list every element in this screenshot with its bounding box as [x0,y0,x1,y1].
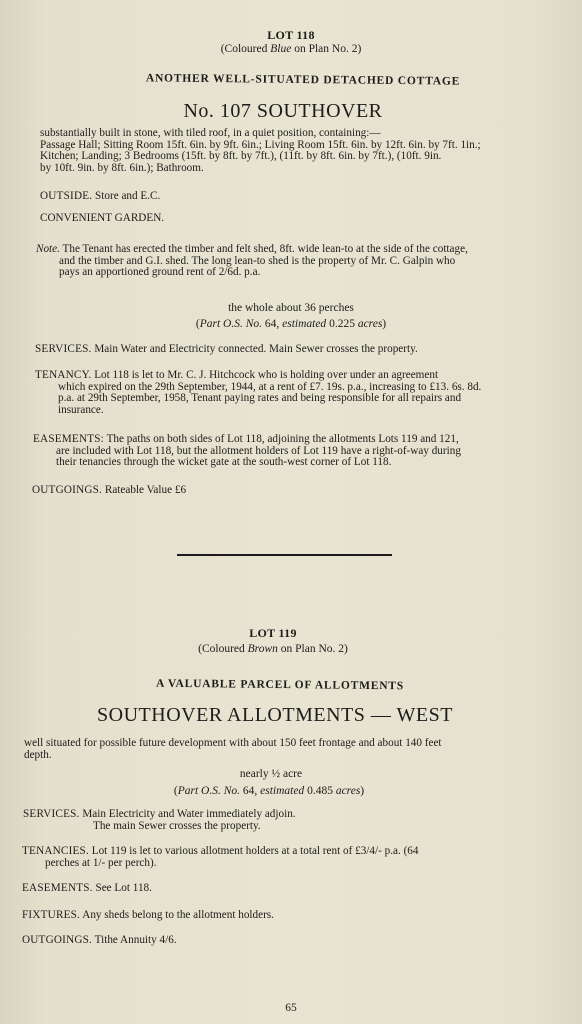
lot-118-outgoings: OUTGOINGS. Rateable Value £6 [32,485,186,497]
lot-119-os-reference: (Part O.S. No. 64, estimated 0.485 acres… [0,785,560,797]
lot-119-plan-colour: (Coloured Brown on Plan No. 2) [0,643,564,655]
lot-118-kicker: ANOTHER WELL-SITUATED DETACHED COTTAGE [12,71,582,89]
lot-119-fixtures: FIXTURES. Any sheds belong to the allotm… [22,910,274,922]
lot-119-services: SERVICES. Main Electricity and Water imm… [23,809,296,832]
lot-118-outside: OUTSIDE. Store and E.C. [40,191,160,203]
colour-name: Brown [248,643,278,655]
lot-118-description: substantially built in stone, with tiled… [40,128,481,174]
lot-119-tenancies: TENANCIES. Lot 119 is let to various all… [22,846,419,869]
colour-name: Blue [270,43,291,55]
lot-119-title: SOUTHOVER ALLOTMENTS — WEST [0,704,566,727]
lot-118-area: the whole about 36 perches [0,302,582,314]
lot-118-plan-colour: (Coloured Blue on Plan No. 2) [0,43,582,55]
lot-118-easements: EASEMENTS: The paths on both sides of Lo… [33,434,461,469]
lot-118-services: SERVICES. Main Water and Electricity con… [35,344,418,356]
lot-119-heading: LOT 119 [0,626,564,641]
lot-119-easements: EASEMENTS. See Lot 118. [22,883,152,895]
page-number: 65 [0,1002,582,1014]
lot-119-outgoings: OUTGOINGS. Tithe Annuity 4/6. [22,935,177,947]
lot-118-note: Note. The Tenant has erected the timber … [36,244,468,279]
lot-118-tenancy: TENANCY. Lot 118 is let to Mr. C. J. Hit… [35,370,481,416]
lot-118-title: No. 107 SOUTHOVER [0,100,574,123]
lot-119-description: well situated for possible future develo… [24,738,442,761]
lot-119-kicker: A VALUABLE PARCEL OF ALLOTMENTS [0,676,571,694]
lot-119-area: nearly ½ acre [0,768,562,780]
note-label: Note. [36,243,60,255]
section-divider [177,554,392,556]
lot-118-os-reference: (Part O.S. No. 64, estimated 0.225 acres… [0,318,582,330]
lot-118-garden: CONVENIENT GARDEN. [40,213,164,225]
catalogue-page: LOT 118 (Coloured Blue on Plan No. 2) AN… [0,0,582,1024]
lot-118-heading: LOT 118 [0,28,582,43]
